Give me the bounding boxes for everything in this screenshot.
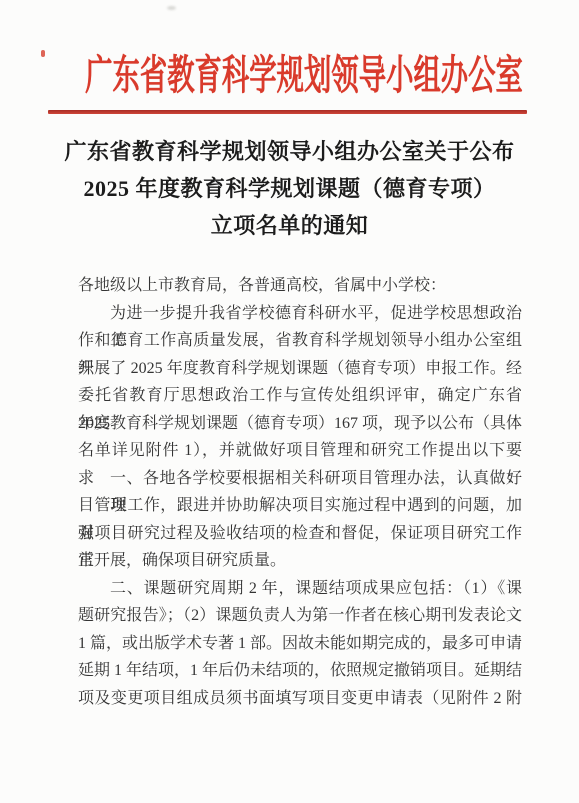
- scan-smudge: [167, 6, 176, 10]
- body-line: 二、课题研究周期 2 年，课题结项成果应包括：（1）《课: [78, 575, 522, 603]
- letterhead: 广东省教育科学规划领导小组办公室: [0, 54, 579, 98]
- body-line: 延期 1 年结项，1 年后仍未结项的，依照规定撤销项目。延期结: [78, 657, 522, 685]
- body-line: 项及变更项目组成员须书面填写项目变更申请表（见附件 2 附: [78, 685, 522, 713]
- body-line: 对项目研究过程及验收结项的检查和督促，保证项目研究工作正: [78, 520, 522, 548]
- notice-body: 各地级以上市教育局，各普通高校，省属中小学校： 为进一步提升我省学校德育科研水平…: [78, 272, 522, 712]
- letterhead-divider-rule: [48, 110, 527, 114]
- body-line: 开展了 2025 年度教育科学规划课题（德育专项）申报工作。经: [78, 355, 522, 383]
- body-line: 常开展，确保项目研究质量。: [78, 547, 522, 575]
- body-line: 目管理工作，跟进并协助解决项目实施过程中遇到的问题，加强: [78, 492, 522, 520]
- notice-title-line-2: 2025 年度教育科学规划课题（德育专项）: [0, 170, 579, 207]
- body-line: 1 篇，或出版学术专著 1 部。因故未能如期完成的，最多可申请: [78, 630, 522, 658]
- letterhead-org-name: 广东省教育科学规划领导小组办公室: [85, 52, 523, 100]
- body-line: 作和德育工作高质量发展，省教育科学规划领导小组办公室组织: [78, 327, 522, 355]
- body-line: 题研究报告》；（2）课题负责人为第一作者在核心期刊发表论文: [78, 602, 522, 630]
- body-line: 名单详见附件 1），并就做好项目管理和研究工作提出以下要求：: [78, 437, 522, 465]
- footer-rule: [45, 728, 522, 732]
- body-line: 为进一步提升我省学校德育科研水平，促进学校思想政治工: [78, 300, 522, 328]
- notice-title-line-1: 广东省教育科学规划领导小组办公室关于公布: [0, 133, 579, 170]
- notice-title: 广东省教育科学规划领导小组办公室关于公布 2025 年度教育科学规划课题（德育专…: [0, 133, 579, 244]
- body-line: 委托省教育厅思想政治工作与宣传处组织评审，确定广东省 2025: [78, 382, 522, 410]
- salutation-line: 各地级以上市教育局，各普通高校，省属中小学校：: [78, 272, 522, 300]
- notice-title-line-3: 立项名单的通知: [0, 207, 579, 244]
- body-line: 年度教育科学规划课题（德育专项）167 项，现予以公布（具体: [78, 410, 522, 438]
- scanned-notice-page: 广东省教育科学规划领导小组办公室 广东省教育科学规划领导小组办公室关于公布 20…: [0, 0, 579, 803]
- body-line: 一、各地各学校要根据相关科研项目管理办法，认真做好项: [78, 465, 522, 493]
